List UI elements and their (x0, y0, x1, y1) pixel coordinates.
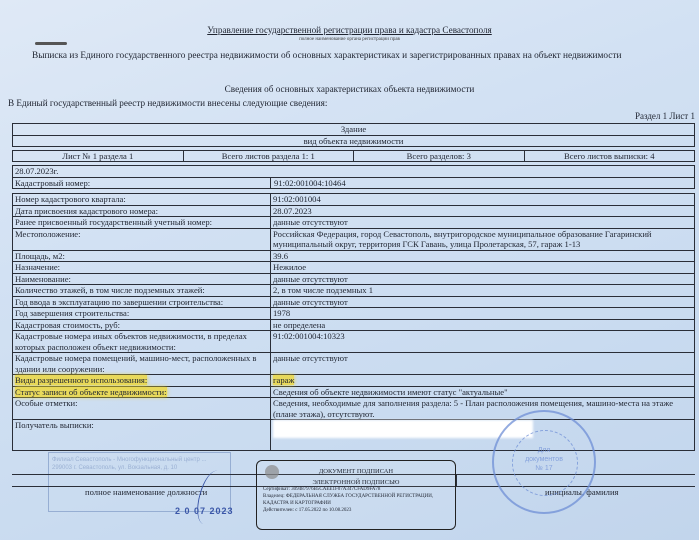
sheet-number: Лист № 1 раздела 1 (13, 151, 184, 161)
table-row: Год завершения строительства:1978 (13, 308, 695, 320)
row-label: Назначение: (13, 262, 271, 274)
row-value: 91:02:001004 (271, 194, 695, 206)
extract-sheets-total: Всего листов выписки: 4 (525, 151, 695, 161)
row-label: Получатель выписки: (13, 420, 271, 451)
seal-line1: Для (494, 446, 594, 455)
section-title: Сведения об основных характеристиках объ… (0, 84, 699, 94)
row-value: 28.07.2023 (271, 205, 695, 217)
row-value: 1978 (271, 308, 695, 320)
intro-text: В Единый государственный реестр недвижим… (8, 98, 327, 108)
row-value: гараж (271, 375, 695, 387)
row-value (271, 420, 695, 451)
row-value: данные отсутствуют (271, 296, 695, 308)
row-value: Сведения об объекте недвижимости имеют с… (271, 386, 695, 398)
table-row: Номер кадастрового квартала:91:02:001004 (13, 194, 695, 206)
row-value: Российская Федерация, город Севастополь,… (271, 228, 695, 250)
mfc-stamp-text: Филиал Севастополь - Многофункциональный… (52, 457, 207, 471)
row-value: данные отсутствуют (271, 353, 695, 375)
object-type-caption: вид объекта недвижимости (13, 136, 694, 147)
row-label: Местоположение: (13, 228, 271, 250)
ep-line2: ЭЛЕКТРОННОЙ ПОДПИСЬЮ (263, 479, 449, 486)
coat-of-arms-icon (265, 465, 279, 479)
row-label: Кадастровые номера помещений, машино-мес… (13, 353, 271, 375)
sheet-counters: Лист № 1 раздела 1 Всего листов раздела … (12, 150, 695, 162)
signature-divider (456, 474, 457, 486)
row-label: Год ввода в эксплуатацию по завершении с… (13, 296, 271, 308)
table-row: Дата присвоения кадастрового номера:28.0… (13, 205, 695, 217)
seal-line2: документов (494, 455, 594, 464)
table-row: Виды разрешенного использования:гараж (13, 375, 695, 387)
table-row: Статус записи об объекте недвижимости:Св… (13, 386, 695, 398)
row-label: Кадастровые номера иных объектов недвижи… (13, 331, 271, 353)
table-row: Особые отметки:Сведения, необходимые для… (13, 398, 695, 420)
cadastral-number-value: 91:02:001004:10464 (271, 178, 346, 189)
extract-date: 28.07.2023г. (15, 166, 58, 177)
table-row: Местоположение:Российская Федерация, гор… (13, 228, 695, 250)
seal-line3: № 17 (494, 464, 594, 473)
row-label: Виды разрешенного использования: (13, 375, 271, 387)
date-cadastral-box: 28.07.2023г. Кадастровый номер: 91:02:00… (12, 165, 695, 189)
characteristics-table: Номер кадастрового квартала:91:02:001004… (12, 193, 695, 451)
organization-title: Управление государственной регистрации п… (0, 25, 699, 35)
section-sheet-total: Всего листов раздела 1: 1 (184, 151, 355, 161)
organization-caption: полное наименование органа регистрации п… (0, 37, 699, 42)
table-row: Кадастровая стоимость, руб:не определена (13, 319, 695, 331)
redacted-recipient (273, 420, 533, 438)
row-value: 39.6 (271, 250, 695, 262)
object-type-box: Здание вид объекта недвижимости (12, 123, 695, 147)
row-value: 2, в том числе подземных 1 (271, 285, 695, 297)
table-row: Назначение:Нежилое (13, 262, 695, 274)
table-row: Ранее присвоенный государственный учетны… (13, 217, 695, 229)
table-row: Кадастровые номера помещений, машино-мес… (13, 353, 695, 375)
row-label: Площадь, м2: (13, 250, 271, 262)
row-label: Ранее присвоенный государственный учетны… (13, 217, 271, 229)
electronic-signature-box: ДОКУМЕНТ ПОДПИСАН ЭЛЕКТРОННОЙ ПОДПИСЬЮ С… (256, 460, 456, 530)
section-sheet-label: Раздел 1 Лист 1 (635, 111, 695, 121)
position-caption: полное наименование должности (85, 487, 207, 497)
round-seal-stamp: Для документов № 17 (492, 410, 596, 514)
row-value: Нежилое (271, 262, 695, 274)
extract-title: Выписка из Единого государственного реес… (32, 51, 621, 61)
table-row: Кадастровые номера иных объектов недвижи… (13, 331, 695, 353)
ep-line1: ДОКУМЕНТ ПОДПИСАН (263, 468, 449, 475)
row-label: Особые отметки: (13, 398, 271, 420)
row-label: Статус записи об объекте недвижимости: (13, 386, 271, 398)
table-row: Количество этажей, в том числе подземных… (13, 285, 695, 297)
row-label: Кадастровая стоимость, руб: (13, 319, 271, 331)
row-value: данные отсутствуют (271, 217, 695, 229)
row-value: данные отсутствуют (271, 273, 695, 285)
ep-validity: Действителен: с 17.05.2022 по 10.08.2023 (263, 507, 449, 514)
table-row: Площадь, м2:39.6 (13, 250, 695, 262)
row-label: Номер кадастрового квартала: (13, 194, 271, 206)
row-label: Количество этажей, в том числе подземных… (13, 285, 271, 297)
table-row: Год ввода в эксплуатацию по завершении с… (13, 296, 695, 308)
redaction-mark (35, 42, 67, 45)
table-row: Наименование:данные отсутствуют (13, 273, 695, 285)
ep-certificate: Сертификат: 309487976B5CAEE1F07A347CFAD9… (263, 486, 449, 493)
ep-owner: Владелец: ФЕДЕРАЛЬНАЯ СЛУЖБА ГОСУДАРСТВЕ… (263, 493, 449, 507)
cadastral-number-label: Кадастровый номер: (15, 178, 271, 189)
row-value: 91:02:001004:10323 (271, 331, 695, 353)
object-type: Здание (13, 124, 694, 136)
row-label: Дата присвоения кадастрового номера: (13, 205, 271, 217)
sections-total: Всего разделов: 3 (354, 151, 525, 161)
row-value: не определена (271, 319, 695, 331)
row-value: Сведения, необходимые для заполнения раз… (271, 398, 695, 420)
row-label: Наименование: (13, 273, 271, 285)
row-label: Год завершения строительства: (13, 308, 271, 320)
